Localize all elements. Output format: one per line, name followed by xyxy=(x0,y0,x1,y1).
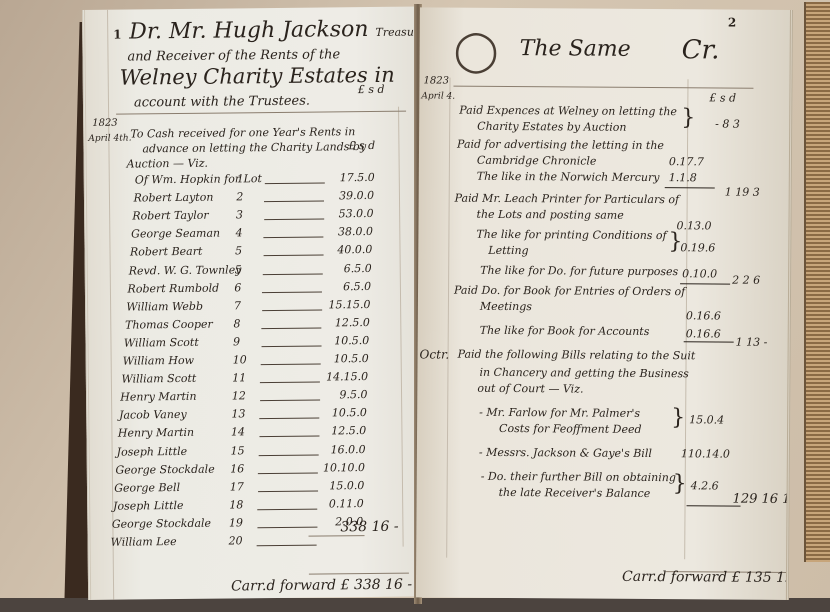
entry-line: Paid Do. for Book for Entries of Orders … xyxy=(454,284,685,299)
lot-number: 19 xyxy=(229,516,243,529)
tenant-name: Revd. W. G. Townley xyxy=(129,263,242,277)
page-total: 338 16 - xyxy=(340,519,398,536)
rent-amount: 38.0.0 xyxy=(313,225,373,239)
heading-side: Cr. xyxy=(682,35,720,65)
lot-number: 15 xyxy=(231,444,245,457)
october-line-2: in Chancery and getting the Business xyxy=(479,366,688,380)
page-number: 2 xyxy=(728,16,736,30)
october-date: Octr. xyxy=(420,347,450,361)
lot-number: 3 xyxy=(236,209,243,222)
bill-amount: 110.14.0 xyxy=(681,447,730,460)
adjacent-book-edge xyxy=(804,2,830,562)
entry-amount: 0.16.6 xyxy=(686,327,721,340)
tenant-name: William Lee xyxy=(111,535,177,549)
entry-line: Letting xyxy=(488,244,528,257)
rent-amount: 53.0.0 xyxy=(313,207,373,221)
subtotal-rule xyxy=(680,283,730,284)
date-day: April 4th. xyxy=(88,133,131,143)
lot-number: 10 xyxy=(233,353,247,366)
brace-icon: } xyxy=(681,107,695,129)
rent-amount: 6.5.0 xyxy=(312,261,372,275)
rent-amount: 9.5.0 xyxy=(307,388,367,402)
heading-line-1: Dr. Mr. Hugh Jackson Treasurer xyxy=(129,16,427,44)
date-year: 1823 xyxy=(423,75,449,86)
entry-line: Charity Estates by Auction xyxy=(477,120,626,134)
tenant-name: Joseph Little xyxy=(113,499,184,513)
intro-line-3: Auction — Viz. xyxy=(127,157,209,171)
entry-amount: 0.17.7 xyxy=(669,155,704,168)
bill-line: - Mr. Farlow for Mr. Palmer's xyxy=(479,406,640,420)
lot-number: 2 xyxy=(236,190,243,203)
tenant-name: Robert Rumbold xyxy=(127,281,219,295)
rent-amount: 10.5.0 xyxy=(309,334,369,348)
lot-number: 18 xyxy=(229,498,243,511)
carried-forward-label: Carr.d forward xyxy=(231,577,336,594)
entry-subtotal: 1 19 3 xyxy=(725,186,760,199)
tenant-name: Jacob Vaney xyxy=(119,408,187,422)
entry-subtotal: 1 13 - xyxy=(736,336,768,349)
tenant-name: Robert Layton xyxy=(133,191,213,205)
lot-number: 7 xyxy=(234,299,241,312)
entry-line: Cambridge Chronicle xyxy=(477,154,597,168)
lot-number: 4 xyxy=(235,227,242,240)
tenant-name: George Stockdale xyxy=(112,517,211,531)
lot-number: 9 xyxy=(233,335,240,348)
leader-line xyxy=(257,545,317,547)
bill-amount: 4.2.6 xyxy=(691,479,719,492)
entry-subtotal: 2 2 6 xyxy=(732,274,760,287)
lot-number: 5 xyxy=(235,263,242,276)
flourish-icon: ◯ xyxy=(454,28,499,74)
rent-amount: 15.15.0 xyxy=(310,298,370,312)
intro-line-1: To Cash received for one Year's Rents in xyxy=(130,125,355,140)
lot-number: 14 xyxy=(231,426,245,439)
date-year: 1823 xyxy=(92,118,118,129)
tenant-name: William Scott xyxy=(121,372,196,386)
lot-number: 5 xyxy=(235,245,242,258)
entry-line: The like for printing Conditions of xyxy=(476,228,666,242)
entry-subtotal: - 8 3 xyxy=(715,117,740,130)
tenant-name: Robert Taylor xyxy=(132,209,208,223)
ledger-right-page: 2 ◯ The Same Cr. 1823 April 4. £ s d Pai… xyxy=(416,7,793,600)
heading-line-2: and Receiver of the Rents of the xyxy=(127,47,340,64)
bill-line: - Messrs. Jackson & Gaye's Bill xyxy=(479,446,652,460)
rent-amount: 12.5.0 xyxy=(306,424,366,438)
intro-currency-header: £ s d xyxy=(348,139,375,152)
entry-line: Paid Expences at Welney on letting the xyxy=(459,104,677,119)
tenant-name: William Scott xyxy=(124,336,199,350)
ledger-left-page: 1 Dr. Mr. Hugh Jackson Treasurer and Rec… xyxy=(82,6,427,600)
rent-amount: 39.0.0 xyxy=(314,189,374,203)
heading-line-4: account with the Trustees. xyxy=(134,94,310,111)
intro-line-2: advance on letting the Charity Lands by xyxy=(142,140,366,155)
lot-number: 16 xyxy=(230,462,244,475)
entry-amount: 0.10.0 xyxy=(682,267,717,280)
entry-line: Paid for advertising the letting in the xyxy=(457,138,664,152)
tenant-name: William Webb xyxy=(126,299,203,313)
tenant-name: Henry Martin xyxy=(120,390,196,404)
lot-number: 17 xyxy=(230,480,244,493)
date-column-rule xyxy=(446,78,450,558)
entry-line: The like for Do. for future purposes xyxy=(480,264,678,278)
subtotal-rule xyxy=(684,341,734,342)
page-number: 1 xyxy=(113,28,122,42)
carried-forward-value: £ 338 16 - xyxy=(340,577,412,594)
entry-amount: 0.16.6 xyxy=(686,309,721,322)
rent-amount: 10.5.0 xyxy=(309,352,369,366)
tenant-name: Robert Beart xyxy=(130,245,203,259)
carried-forward: Carr.d forward £ 338 16 - xyxy=(231,577,412,595)
rent-amount: 10.5.0 xyxy=(307,406,367,420)
lot-number: 1 xyxy=(237,172,244,185)
lot-number: 12 xyxy=(232,389,246,402)
lot-number: 11 xyxy=(232,371,246,384)
october-subtotal: 129 16 10 xyxy=(733,492,793,507)
tenant-name: George Stockdale xyxy=(115,462,214,476)
heading-rule xyxy=(116,111,406,115)
rent-amount: 14.15.0 xyxy=(308,370,368,384)
october-line-3: out of Court — Viz. xyxy=(477,382,583,396)
bill-amount: 15.0.4 xyxy=(689,413,724,426)
subtotal-rule xyxy=(665,187,715,188)
carried-forward-value: £ 135 19 xyxy=(731,570,793,586)
tenant-name: Thomas Cooper xyxy=(125,317,213,331)
lot-number: 20 xyxy=(229,534,243,547)
bill-line: the late Receiver's Balance xyxy=(499,486,651,500)
heading-rule xyxy=(453,86,753,89)
rent-amount: 40.0.0 xyxy=(312,243,372,257)
tenant-name: William How xyxy=(123,354,194,368)
table-row: William Lee20 xyxy=(91,532,427,556)
currency-header: £ s d xyxy=(358,83,385,96)
lot-number: 6 xyxy=(234,281,241,294)
tenant-name: George Seaman xyxy=(131,227,220,241)
brace-icon: } xyxy=(671,407,685,429)
carried-forward-label: Carr.d forward xyxy=(622,569,727,586)
bill-line: Costs for Feoffment Deed xyxy=(499,422,642,436)
lot-number: 8 xyxy=(233,317,240,330)
carried-rule xyxy=(309,573,409,575)
entry-line: Paid Mr. Leach Printer for Particulars o… xyxy=(455,192,680,207)
october-line-1: Paid the following Bills relating to the… xyxy=(458,348,696,363)
bill-line: - Do. their further Bill on obtaining xyxy=(481,470,676,484)
tenant-name: Henry Martin xyxy=(118,426,194,440)
entry-line: The like for Book for Accounts xyxy=(480,324,650,338)
date-day: April 4. xyxy=(421,91,455,101)
rent-amount: 6.5.0 xyxy=(311,280,371,294)
heading-title: The Same xyxy=(520,36,631,62)
heading-name: Dr. Mr. Hugh Jackson xyxy=(129,17,368,45)
rent-amount: 0.11.0 xyxy=(304,497,364,511)
rent-amount: 15.0.0 xyxy=(304,479,364,493)
currency-header: £ s d xyxy=(709,91,736,104)
lot-number: 13 xyxy=(231,408,245,421)
rent-amount: 17.5.0 xyxy=(315,171,375,185)
tenant-name: George Bell xyxy=(114,481,180,495)
entry-amount: 1.1.8 xyxy=(669,171,697,184)
rent-amount: 10.10.0 xyxy=(305,461,365,475)
brace-icon: } xyxy=(673,473,687,495)
entry-line: the Lots and posting same xyxy=(477,208,624,222)
entry-line: The like in the Norwich Mercury xyxy=(477,170,660,184)
carried-forward: Carr.d forward £ 135 19 xyxy=(622,569,793,586)
tenant-name: Joseph Little xyxy=(117,444,188,458)
entry-amount: 0.19.6 xyxy=(680,241,715,254)
entry-line: Meetings xyxy=(480,300,532,313)
rent-amount: 12.5.0 xyxy=(310,316,370,330)
heading-line-3: Welney Charity Estates in xyxy=(120,63,395,90)
rent-amount: 16.0.0 xyxy=(306,443,366,457)
